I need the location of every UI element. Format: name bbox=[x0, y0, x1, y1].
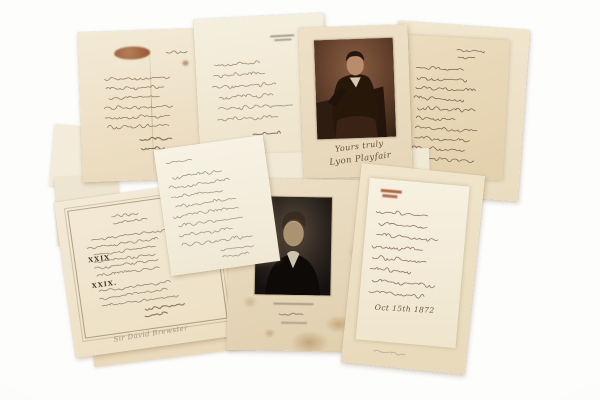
letter-date: Oct 15th 1872 bbox=[375, 303, 435, 315]
closing-lines bbox=[220, 240, 262, 259]
letter-middle bbox=[154, 135, 281, 276]
embossed-crest bbox=[114, 46, 150, 60]
engraved-caption-line bbox=[273, 303, 313, 305]
printed-letterhead-line bbox=[274, 38, 291, 41]
pencil-annotation bbox=[372, 346, 429, 360]
handwriting-lines bbox=[209, 53, 312, 124]
engraved-caption-line bbox=[281, 322, 307, 324]
handwriting-lines bbox=[165, 160, 267, 250]
handwriting-lines bbox=[101, 70, 195, 131]
portrait-photo bbox=[314, 38, 396, 140]
engraved-signature bbox=[277, 309, 311, 319]
salutation-line bbox=[163, 154, 198, 167]
handwriting-date-lines bbox=[455, 46, 496, 62]
mounted-letter-bottom-right: Oct 15th 1872 bbox=[341, 163, 485, 375]
seated-man-portrait bbox=[314, 38, 396, 140]
printed-letterhead-line bbox=[270, 34, 294, 37]
red-letterhead-line bbox=[381, 189, 402, 193]
red-letterhead-line bbox=[382, 194, 397, 198]
handwriting-date bbox=[164, 46, 190, 55]
photograph-mount: Yours truly Lyon Playfair bbox=[298, 24, 412, 179]
handwriting-lines bbox=[367, 204, 461, 303]
letter-sheet: Oct 15th 1872 bbox=[356, 178, 470, 348]
ink-stain bbox=[182, 61, 188, 66]
photograph-of-documents: Yours truly Lyon Playfair XXIX XXIX. Sir… bbox=[0, 0, 600, 400]
